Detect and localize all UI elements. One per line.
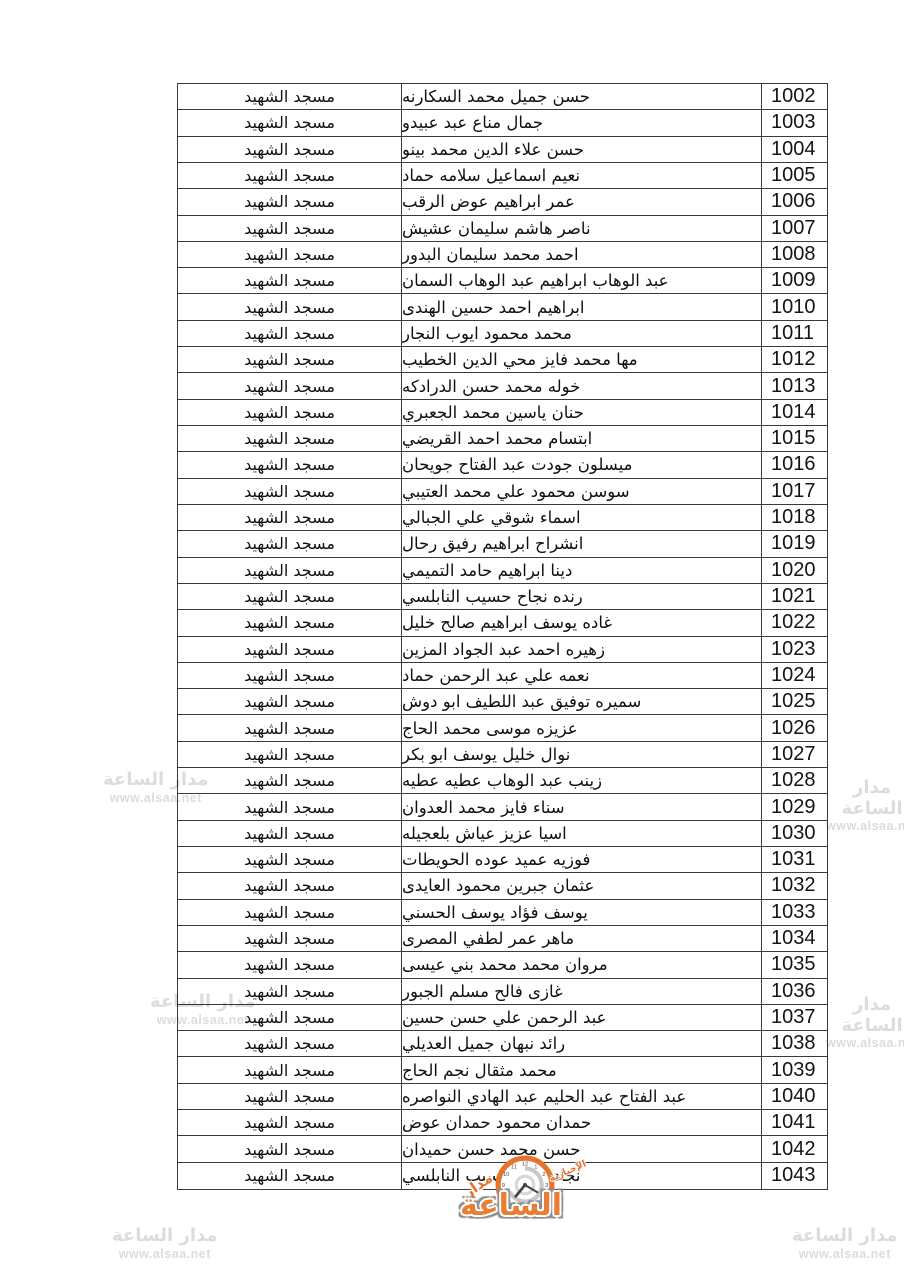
cell-number: 1034 [762, 926, 827, 951]
cell-number: 1014 [762, 400, 827, 425]
cell-name: حنان ياسين محمد الجعبري [402, 400, 762, 425]
cell-mosque: مسجد الشهيد [178, 189, 402, 214]
cell-name: فوزيه عميد عوده الحويطات [402, 847, 762, 872]
cell-name: دينا ابراهيم حامد التميمي [402, 558, 762, 583]
cell-name: يوسف فؤاد يوسف الحسني [402, 900, 762, 925]
cell-number: 1006 [762, 189, 827, 214]
cell-name: رنده نجاح حسيب النابلسي [402, 584, 762, 609]
cell-mosque: مسجد الشهيد [178, 163, 402, 188]
cell-name: سوسن محمود علي محمد العتيبي [402, 479, 762, 504]
table-row: مسجد الشهيد احمد محمد سليمان البدور 1008 [178, 242, 827, 268]
cell-number: 1042 [762, 1136, 827, 1161]
cell-number: 1013 [762, 373, 827, 398]
table-row: مسجد الشهيد ميسلون جودت عبد الفتاح جويحا… [178, 452, 827, 478]
watermark-url: www.alsaa.net [112, 1247, 218, 1261]
cell-number: 1036 [762, 979, 827, 1004]
cell-mosque: مسجد الشهيد [178, 1110, 402, 1135]
table-row: مسجد الشهيد نعمه علي عبد الرحمن حماد 102… [178, 663, 827, 689]
table-row: مسجد الشهيد ناصر هاشم سليمان عشيش 1007 [178, 216, 827, 242]
cell-mosque: مسجد الشهيد [178, 452, 402, 477]
cell-number: 1028 [762, 768, 827, 793]
table-row: مسجد الشهيد انشراح ابراهيم رفيق رحال 101… [178, 531, 827, 557]
watermark-url: www.alsaa.net [792, 1247, 898, 1261]
cell-mosque: مسجد الشهيد [178, 663, 402, 688]
table-row: مسجد الشهيد سوسن محمود علي محمد العتيبي … [178, 479, 827, 505]
cell-name: خوله محمد حسن الدرادكه [402, 373, 762, 398]
watermark-url: www.alsaa.net [826, 819, 904, 833]
cell-name: زهيره احمد عبد الجواد المزين [402, 637, 762, 662]
cell-mosque: مسجد الشهيد [178, 1136, 402, 1161]
cell-number: 1030 [762, 821, 827, 846]
cell-name: اسماء شوقي علي الجبالي [402, 505, 762, 530]
cell-name: سناء فايز محمد العدوان [402, 794, 762, 819]
table-row: مسجد الشهيد زهيره احمد عبد الجواد المزين… [178, 637, 827, 663]
cell-number: 1018 [762, 505, 827, 530]
cell-name: عزيزه موسى محمد الحاج [402, 715, 762, 740]
cell-mosque: مسجد الشهيد [178, 768, 402, 793]
cell-name: ماهر عمر لطفي المصرى [402, 926, 762, 951]
cell-name: حسن جميل محمد السكارنه [402, 84, 762, 109]
table-row: مسجد الشهيد محمد محمود ايوب النجار 1011 [178, 321, 827, 347]
cell-name: حسن علاء الدين محمد بينو [402, 137, 762, 162]
cell-name: نوال خليل يوسف ابو بكر [402, 742, 762, 767]
cell-number: 1025 [762, 689, 827, 714]
cell-name: محمد مثقال نجم الحاج [402, 1057, 762, 1082]
table-row: مسجد الشهيد ابتسام محمد احمد القريضي 101… [178, 426, 827, 452]
table-row: مسجد الشهيد عبد الفتاح عبد الحليم عبد ال… [178, 1084, 827, 1110]
watermark-brand: مدار الساعة [826, 995, 904, 1036]
watermark-brand: مدار الساعة [826, 778, 904, 819]
watermark-url: www.alsaa.net [826, 1036, 904, 1050]
cell-mosque: مسجد الشهيد [178, 1163, 402, 1189]
cell-mosque: مسجد الشهيد [178, 347, 402, 372]
cell-number: 1004 [762, 137, 827, 162]
cell-name: اسيا عزيز عياش بلعجيله [402, 821, 762, 846]
cell-number: 1011 [762, 321, 827, 346]
cell-number: 1015 [762, 426, 827, 451]
roster-table: مسجد الشهيد حسن جميل محمد السكارنه 1002 … [177, 83, 828, 1190]
cell-number: 1027 [762, 742, 827, 767]
cell-name: عبد الوهاب ابراهيم عبد الوهاب السمان [402, 268, 762, 293]
cell-mosque: مسجد الشهيد [178, 715, 402, 740]
table-row: مسجد الشهيد حنان ياسين محمد الجعبري 1014 [178, 400, 827, 426]
table-row: مسجد الشهيد محمد مثقال نجم الحاج 1039 [178, 1057, 827, 1083]
cell-name: جمال مناع عبد عبيدو [402, 110, 762, 135]
cell-number: 1009 [762, 268, 827, 293]
cell-name: انشراح ابراهيم رفيق رحال [402, 531, 762, 556]
cell-number: 1008 [762, 242, 827, 267]
svg-text:10: 10 [503, 1172, 509, 1178]
table-row: مسجد الشهيد عثمان جبرين محمود العايدى 10… [178, 873, 827, 899]
cell-name: محمد محمود ايوب النجار [402, 321, 762, 346]
cell-mosque: مسجد الشهيد [178, 926, 402, 951]
cell-mosque: مسجد الشهيد [178, 821, 402, 846]
cell-name: احمد محمد سليمان البدور [402, 242, 762, 267]
cell-name: ميسلون جودت عبد الفتاح جويحان [402, 452, 762, 477]
cell-number: 1031 [762, 847, 827, 872]
cell-mosque: مسجد الشهيد [178, 742, 402, 767]
cell-mosque: مسجد الشهيد [178, 873, 402, 898]
cell-name: مروان محمد محمد بني عيسى [402, 952, 762, 977]
cell-name: ابراهيم احمد حسين الهندى [402, 294, 762, 319]
cell-name: حمدان محمود حمدان عوض [402, 1110, 762, 1135]
logo-brand-main: الساعة [460, 1188, 562, 1223]
cell-number: 1020 [762, 558, 827, 583]
cell-number: 1043 [762, 1163, 827, 1189]
cell-mosque: مسجد الشهيد [178, 847, 402, 872]
cell-name: رائد نبهان جميل العديلي [402, 1031, 762, 1056]
table-row: مسجد الشهيد جمال مناع عبد عبيدو 1003 [178, 110, 827, 136]
cell-mosque: مسجد الشهيد [178, 689, 402, 714]
table-row: مسجد الشهيد اسيا عزيز عياش بلعجيله 1030 [178, 821, 827, 847]
cell-number: 1012 [762, 347, 827, 372]
svg-text:1: 1 [534, 1164, 537, 1170]
cell-mosque: مسجد الشهيد [178, 637, 402, 662]
table-row: مسجد الشهيد ماهر عمر لطفي المصرى 1034 [178, 926, 827, 952]
cell-number: 1041 [762, 1110, 827, 1135]
cell-mosque: مسجد الشهيد [178, 531, 402, 556]
table-row: مسجد الشهيد مها محمد فايز محي الدين الخط… [178, 347, 827, 373]
table-row: مسجد الشهيد خوله محمد حسن الدرادكه 1013 [178, 373, 827, 399]
cell-mosque: مسجد الشهيد [178, 110, 402, 135]
cell-mosque: مسجد الشهيد [178, 294, 402, 319]
cell-name: نعمه علي عبد الرحمن حماد [402, 663, 762, 688]
table-row: مسجد الشهيد دينا ابراهيم حامد التميمي 10… [178, 558, 827, 584]
cell-name: ابتسام محمد احمد القريضي [402, 426, 762, 451]
cell-number: 1007 [762, 216, 827, 241]
cell-number: 1035 [762, 952, 827, 977]
table-row: مسجد الشهيد غاده يوسف ابراهيم صالح خليل … [178, 610, 827, 636]
svg-text:2: 2 [542, 1172, 545, 1178]
svg-text:12: 12 [522, 1161, 528, 1167]
table-row: مسجد الشهيد يوسف فؤاد يوسف الحسني 1033 [178, 900, 827, 926]
cell-name: عثمان جبرين محمود العايدى [402, 873, 762, 898]
cell-mosque: مسجد الشهيد [178, 952, 402, 977]
table-row: مسجد الشهيد ابراهيم احمد حسين الهندى 101… [178, 294, 827, 320]
cell-name: ناصر هاشم سليمان عشيش [402, 216, 762, 241]
table-row: مسجد الشهيد غازى فالح مسلم الجبور 1036 [178, 979, 827, 1005]
cell-name: غازى فالح مسلم الجبور [402, 979, 762, 1004]
watermark-brand: مدار الساعة [112, 1226, 218, 1247]
watermark: مدار الساعة www.alsaa.net [826, 778, 904, 834]
cell-mosque: مسجد الشهيد [178, 216, 402, 241]
cell-name: سميره توفيق عبد اللطيف ابو دوش [402, 689, 762, 714]
cell-mosque: مسجد الشهيد [178, 979, 402, 1004]
watermark: مدار الساعة www.alsaa.net [826, 995, 904, 1051]
table-row: مسجد الشهيد عبد الرحمن علي حسن حسين 1037 [178, 1005, 827, 1031]
cell-name: عبد الفتاح عبد الحليم عبد الهادي النواصر… [402, 1084, 762, 1109]
cell-number: 1003 [762, 110, 827, 135]
scanned-document-page: مسجد الشهيد حسن جميل محمد السكارنه 1002 … [0, 0, 904, 1280]
cell-mosque: مسجد الشهيد [178, 505, 402, 530]
cell-mosque: مسجد الشهيد [178, 1084, 402, 1109]
cell-number: 1029 [762, 794, 827, 819]
cell-number: 1024 [762, 663, 827, 688]
cell-name: عمر ابراهيم عوض الرقب [402, 189, 762, 214]
cell-mosque: مسجد الشهيد [178, 373, 402, 398]
cell-mosque: مسجد الشهيد [178, 794, 402, 819]
cell-mosque: مسجد الشهيد [178, 321, 402, 346]
table-row: مسجد الشهيد عزيزه موسى محمد الحاج 1026 [178, 715, 827, 741]
cell-number: 1016 [762, 452, 827, 477]
table-row: مسجد الشهيد نوال خليل يوسف ابو بكر 1027 [178, 742, 827, 768]
cell-mosque: مسجد الشهيد [178, 426, 402, 451]
madar-alsaa-logo: 12 1 2 3 4 5 6 7 8 9 10 11 مدار الإخباري… [450, 1146, 610, 1236]
cell-number: 1032 [762, 873, 827, 898]
cell-mosque: مسجد الشهيد [178, 1057, 402, 1082]
cell-number: 1005 [762, 163, 827, 188]
table-row: مسجد الشهيد سناء فايز محمد العدوان 1029 [178, 794, 827, 820]
cell-mosque: مسجد الشهيد [178, 1005, 402, 1030]
cell-mosque: مسجد الشهيد [178, 1031, 402, 1056]
cell-number: 1033 [762, 900, 827, 925]
table-row: مسجد الشهيد سميره توفيق عبد اللطيف ابو د… [178, 689, 827, 715]
cell-mosque: مسجد الشهيد [178, 900, 402, 925]
watermark: مدار الساعة www.alsaa.net [112, 1226, 218, 1261]
cell-number: 1026 [762, 715, 827, 740]
cell-name: زينب عبد الوهاب عطيه عطيه [402, 768, 762, 793]
cell-number: 1039 [762, 1057, 827, 1082]
cell-name: عبد الرحمن علي حسن حسين [402, 1005, 762, 1030]
cell-mosque: مسجد الشهيد [178, 137, 402, 162]
cell-number: 1040 [762, 1084, 827, 1109]
table-row: مسجد الشهيد مروان محمد محمد بني عيسى 103… [178, 952, 827, 978]
table-row: مسجد الشهيد حسن جميل محمد السكارنه 1002 [178, 84, 827, 110]
cell-name: غاده يوسف ابراهيم صالح خليل [402, 610, 762, 635]
watermark-brand: مدار الساعة [792, 1226, 898, 1247]
cell-number: 1017 [762, 479, 827, 504]
table-row: مسجد الشهيد اسماء شوقي علي الجبالي 1018 [178, 505, 827, 531]
cell-number: 1019 [762, 531, 827, 556]
cell-mosque: مسجد الشهيد [178, 84, 402, 109]
table-row: مسجد الشهيد نعيم اسماعيل سلامه حماد 1005 [178, 163, 827, 189]
cell-number: 1021 [762, 584, 827, 609]
cell-mosque: مسجد الشهيد [178, 610, 402, 635]
cell-number: 1010 [762, 294, 827, 319]
table-row: مسجد الشهيد حسن علاء الدين محمد بينو 100… [178, 137, 827, 163]
table-row: مسجد الشهيد فوزيه عميد عوده الحويطات 103… [178, 847, 827, 873]
cell-name: مها محمد فايز محي الدين الخطيب [402, 347, 762, 372]
cell-number: 1037 [762, 1005, 827, 1030]
table-row: مسجد الشهيد عمر ابراهيم عوض الرقب 1006 [178, 189, 827, 215]
watermark: مدار الساعة www.alsaa.net [792, 1226, 898, 1261]
table-row: مسجد الشهيد رنده نجاح حسيب النابلسي 1021 [178, 584, 827, 610]
cell-name: نعيم اسماعيل سلامه حماد [402, 163, 762, 188]
cell-mosque: مسجد الشهيد [178, 558, 402, 583]
table-row: مسجد الشهيد حمدان محمود حمدان عوض 1041 [178, 1110, 827, 1136]
svg-text:11: 11 [511, 1164, 517, 1170]
table-row: مسجد الشهيد رائد نبهان جميل العديلي 1038 [178, 1031, 827, 1057]
cell-number: 1023 [762, 637, 827, 662]
cell-mosque: مسجد الشهيد [178, 400, 402, 425]
cell-mosque: مسجد الشهيد [178, 242, 402, 267]
cell-number: 1002 [762, 84, 827, 109]
table-row: مسجد الشهيد زينب عبد الوهاب عطيه عطيه 10… [178, 768, 827, 794]
cell-mosque: مسجد الشهيد [178, 268, 402, 293]
cell-mosque: مسجد الشهيد [178, 479, 402, 504]
cell-number: 1022 [762, 610, 827, 635]
cell-mosque: مسجد الشهيد [178, 584, 402, 609]
table-row: مسجد الشهيد عبد الوهاب ابراهيم عبد الوها… [178, 268, 827, 294]
cell-number: 1038 [762, 1031, 827, 1056]
